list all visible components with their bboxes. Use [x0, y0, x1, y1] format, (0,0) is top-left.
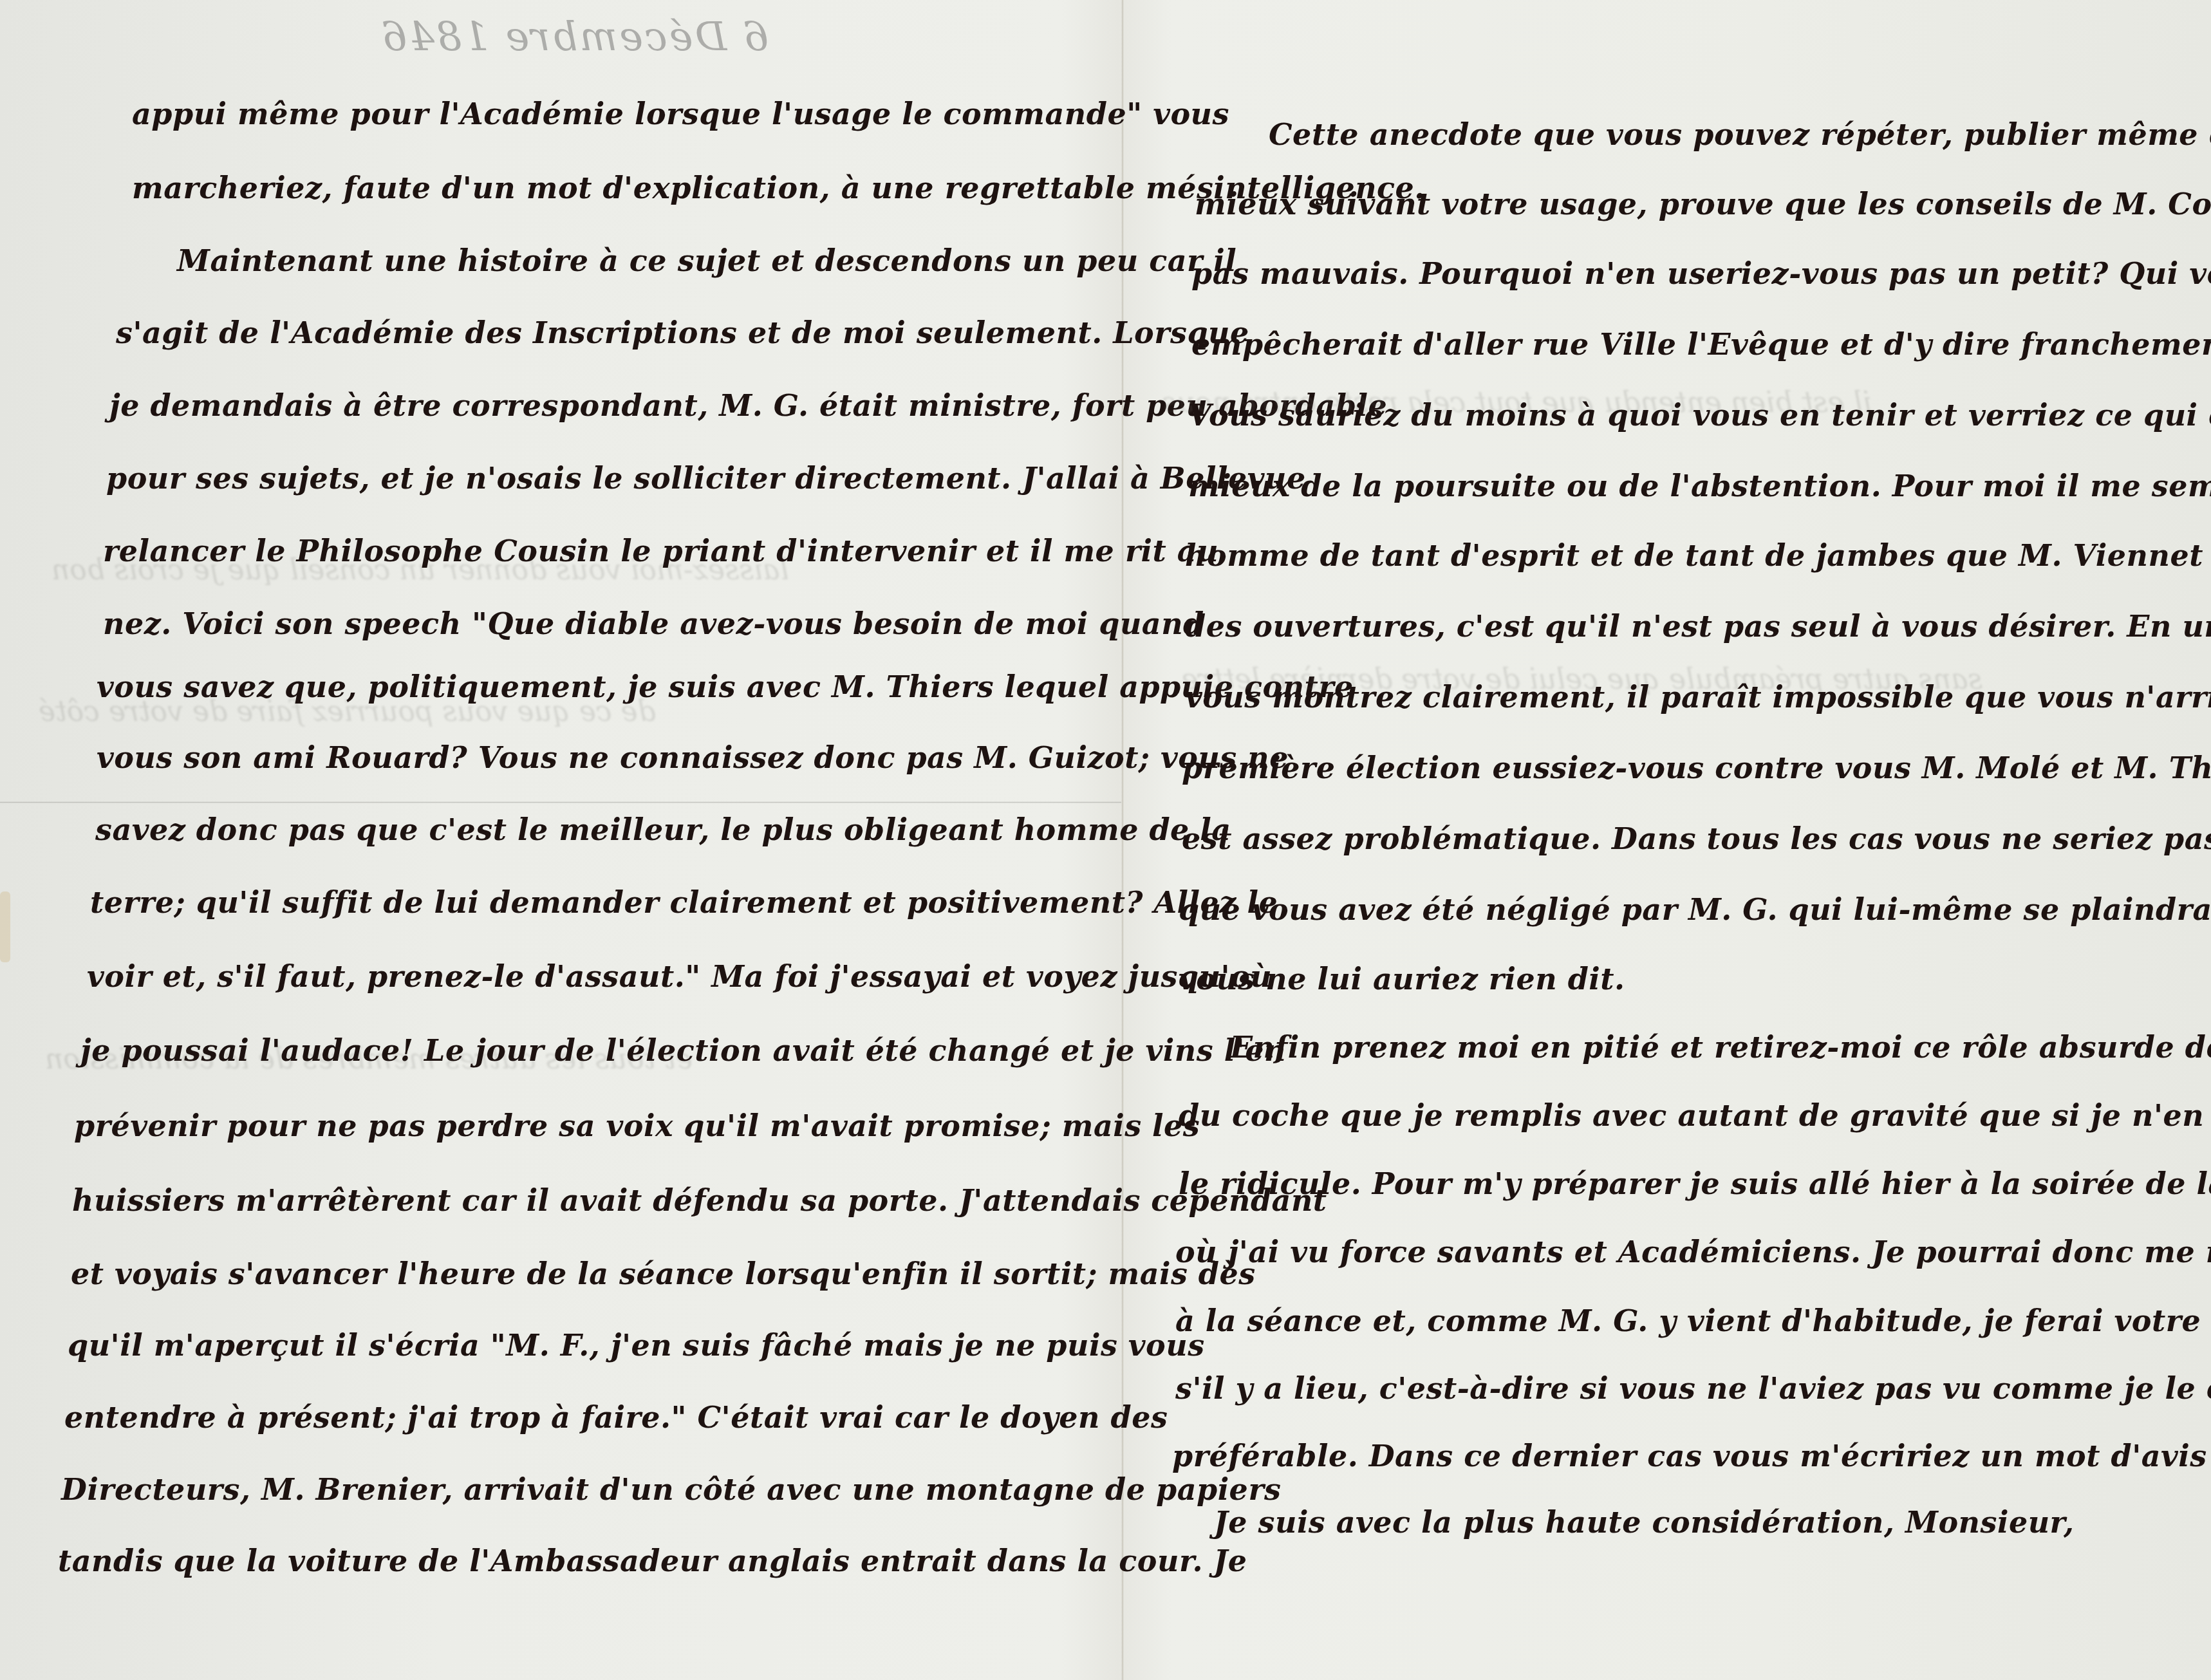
letter-line: voir et, s'il faut, prenez-le d'assaut."… [87, 959, 1272, 994]
letter-line: le ridicule. Pour m'y préparer je suis a… [1179, 1166, 2211, 1201]
letter-line: Maintenant une histoire à ce sujet et de… [177, 243, 1236, 278]
letter-line: vous son ami Rouard? Vous ne connaissez … [97, 740, 1289, 775]
letter-line: mieux suivant votre usage, prouve que le… [1195, 187, 2211, 221]
letter-line: Vous sauriez du moins à quoi vous en ten… [1188, 398, 2211, 433]
letter-line: vous montrez clairement, il paraît impos… [1185, 680, 2211, 714]
letter-line: entendre à présent; j'ai trop à faire." … [64, 1400, 1168, 1435]
letter-line: Directeurs, M. Brenier, arrivait d'un cô… [61, 1472, 1282, 1507]
letter-line: première élection eussiez-vous contre vo… [1182, 751, 2211, 785]
letter-line: relancer le Philosophe Cousin le priant … [103, 534, 1218, 568]
letter-line: des ouvertures, c'est qu'il n'est pas se… [1185, 609, 2211, 644]
letter-line: Enfin prenez moi en pitié et retirez-moi… [1230, 1030, 2211, 1065]
letter-line: où j'ai vu force savants et Académiciens… [1175, 1235, 2211, 1269]
letter-line: mieux de la poursuite ou de l'abstention… [1188, 469, 2211, 503]
letter-line: préférable. Dans ce dernier cas vous m'é… [1172, 1439, 2207, 1473]
letter-line: pas mauvais. Pourquoi n'en useriez-vous … [1191, 256, 2211, 291]
left-page: 6 Décembre 1846 laissez-moi vous donner … [0, 0, 1121, 1680]
letter-line: Cette anecdote que vous pouvez répéter, … [1269, 117, 2211, 152]
letter-line: est assez problématique. Dans tous les c… [1182, 821, 2211, 856]
right-page: il est bien entendu que tout cela reste … [1124, 0, 2211, 1680]
letter-line: savez donc pas que c'est le meilleur, le… [95, 812, 1231, 847]
letter-line: tandis que la voiture de l'Ambassadeur a… [58, 1544, 1247, 1578]
letter-line: Je suis avec la plus haute considération… [1214, 1505, 2075, 1540]
letter-line: je poussai l'audace! Le jour de l'électi… [80, 1033, 1286, 1068]
letter-line: s'il y a lieu, c'est-à-dire si vous ne l… [1175, 1371, 2211, 1406]
letter-line: vous ne lui auriez rien dit. [1179, 962, 1625, 996]
letter-line: à la séance et, comme M. G. y vient d'ha… [1175, 1303, 2211, 1338]
letter-spread: 6 Décembre 1846 laissez-moi vous donner … [0, 0, 2211, 1680]
letter-line: et voyais s'avancer l'heure de la séance… [71, 1256, 1256, 1291]
letter-line: qu'il m'aperçut il s'écria "M. F., j'en … [68, 1328, 1205, 1363]
letter-line: prévenir pour ne pas perdre sa voix qu'i… [74, 1108, 1200, 1143]
letter-line: empêcherait d'aller rue Ville l'Evêque e… [1191, 327, 2211, 362]
letter-line: que vous avez été négligé par M. G. qui … [1179, 892, 2211, 927]
pencil-date-annotation: 6 Décembre 1846 [380, 13, 769, 60]
letter-line: terre; qu'il suffit de lui demander clai… [90, 885, 1278, 920]
letter-line: homme de tant d'esprit et de tant de jam… [1185, 538, 2211, 573]
letter-line: du coche que je remplis avec autant de g… [1179, 1098, 2211, 1133]
letter-line: nez. Voici son speech "Que diable avez-v… [103, 606, 1204, 641]
letter-line: appui même pour l'Académie lorsque l'usa… [132, 97, 1229, 131]
letter-line: s'agit de l'Académie des Inscriptions et… [116, 315, 1249, 350]
